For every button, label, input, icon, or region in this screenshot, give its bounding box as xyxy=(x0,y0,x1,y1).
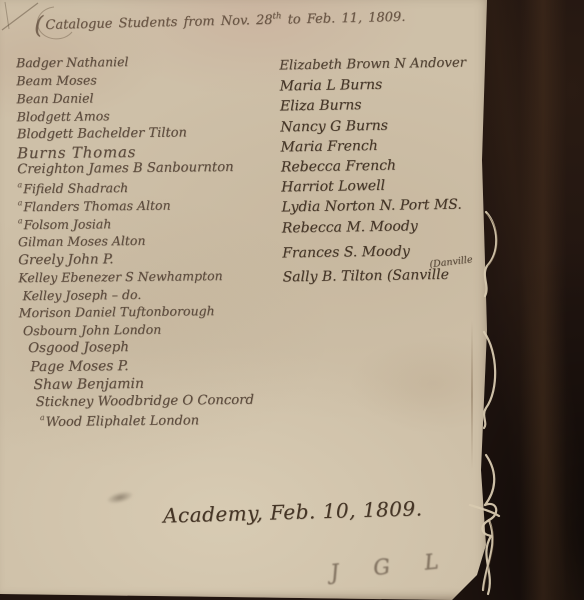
dateline: Academy, Feb. 10, 1809. xyxy=(163,496,423,527)
student-name: Wood Eliphalet London xyxy=(46,413,200,430)
student-entry: Osgood Joseph xyxy=(28,339,253,359)
student-name: Nancy G Burns xyxy=(280,117,388,135)
student-name: Frances S. Moody xyxy=(282,243,410,261)
student-name: Fifield Shadrach xyxy=(23,180,128,196)
student-name: Blodgett Bachelder Tilton xyxy=(17,125,187,142)
student-name: Eliza Burns xyxy=(280,98,362,115)
student-name: Burns Thomas xyxy=(17,143,136,162)
student-name: Osbourn John London xyxy=(23,322,161,338)
student-name: Blodgett Amos xyxy=(17,108,110,124)
binding-strings xyxy=(455,0,525,600)
student-name: Rebecca French xyxy=(281,158,396,176)
left-student-column: Badger Nathaniel Beam Moses Bean Daniel … xyxy=(16,53,254,431)
student-name: Folsom Josiah xyxy=(24,216,112,232)
check-mark: a xyxy=(17,180,22,189)
student-name: Rebecca M. Moody xyxy=(282,218,418,236)
student-name: Kelley Ebenezer S Newhampton xyxy=(18,268,222,285)
student-name: Kelley Joseph – do. xyxy=(22,287,141,303)
student-name: Maria L Burns xyxy=(280,77,383,95)
student-name: Morison Daniel Tuftonborough xyxy=(19,304,215,321)
student-name: Bean Daniel xyxy=(16,90,93,106)
check-mark: a xyxy=(40,413,45,422)
student-name: Lydia Norton N. Port MS. xyxy=(281,197,462,216)
student-entry: Page Moses P. xyxy=(30,357,253,377)
student-name: Greely John P. xyxy=(18,251,113,268)
student-name: Shaw Benjamin xyxy=(33,376,144,393)
manuscript-page: (Catalogue Students from Nov. 28th to Fe… xyxy=(0,0,492,600)
student-entry: Stickney Woodbridge O Concord xyxy=(36,393,254,413)
title-text-end: to Feb. 11, 1809. xyxy=(281,10,405,28)
student-name: Maria French xyxy=(280,138,377,156)
student-name: Badger Nathaniel xyxy=(16,54,129,70)
student-name: Stickney Woodbridge O Concord xyxy=(36,393,254,410)
student-name: Osgood Joseph xyxy=(28,340,129,356)
student-name: Flanders Thomas Alton xyxy=(23,198,170,215)
student-name: Sally B. Tilton (Sanville xyxy=(283,267,450,286)
student-entry: aWood Eliphalet London xyxy=(40,411,254,431)
student-name: Page Moses P. xyxy=(30,358,128,375)
student-name: Creighton James B Sanbournton xyxy=(17,160,234,177)
right-student-column: Elizabeth Brown N Andover Maria L Burns … xyxy=(279,56,469,290)
ink-smudge xyxy=(105,489,135,506)
title-text: Catalogue Students from Nov. 28 xyxy=(45,13,273,33)
student-name: Elizabeth Brown N Andover xyxy=(279,56,466,74)
student-entry: Sally B. Tilton (Sanville(Danville xyxy=(283,266,470,289)
flourish-mark: ( xyxy=(34,11,44,39)
student-name: Gilman Moses Alton xyxy=(18,233,146,249)
student-entry: Rebecca M. Moody xyxy=(282,217,469,240)
manuscript-photo: (Catalogue Students from Nov. 28th to Fe… xyxy=(0,0,584,600)
student-name: Beam Moses xyxy=(16,72,97,88)
pencil-initials: J G L xyxy=(329,548,453,585)
check-mark: a xyxy=(18,198,23,207)
student-entry: Shaw Benjamin xyxy=(33,375,253,395)
student-name: Harriot Lowell xyxy=(281,178,385,196)
check-mark: a xyxy=(18,216,23,225)
